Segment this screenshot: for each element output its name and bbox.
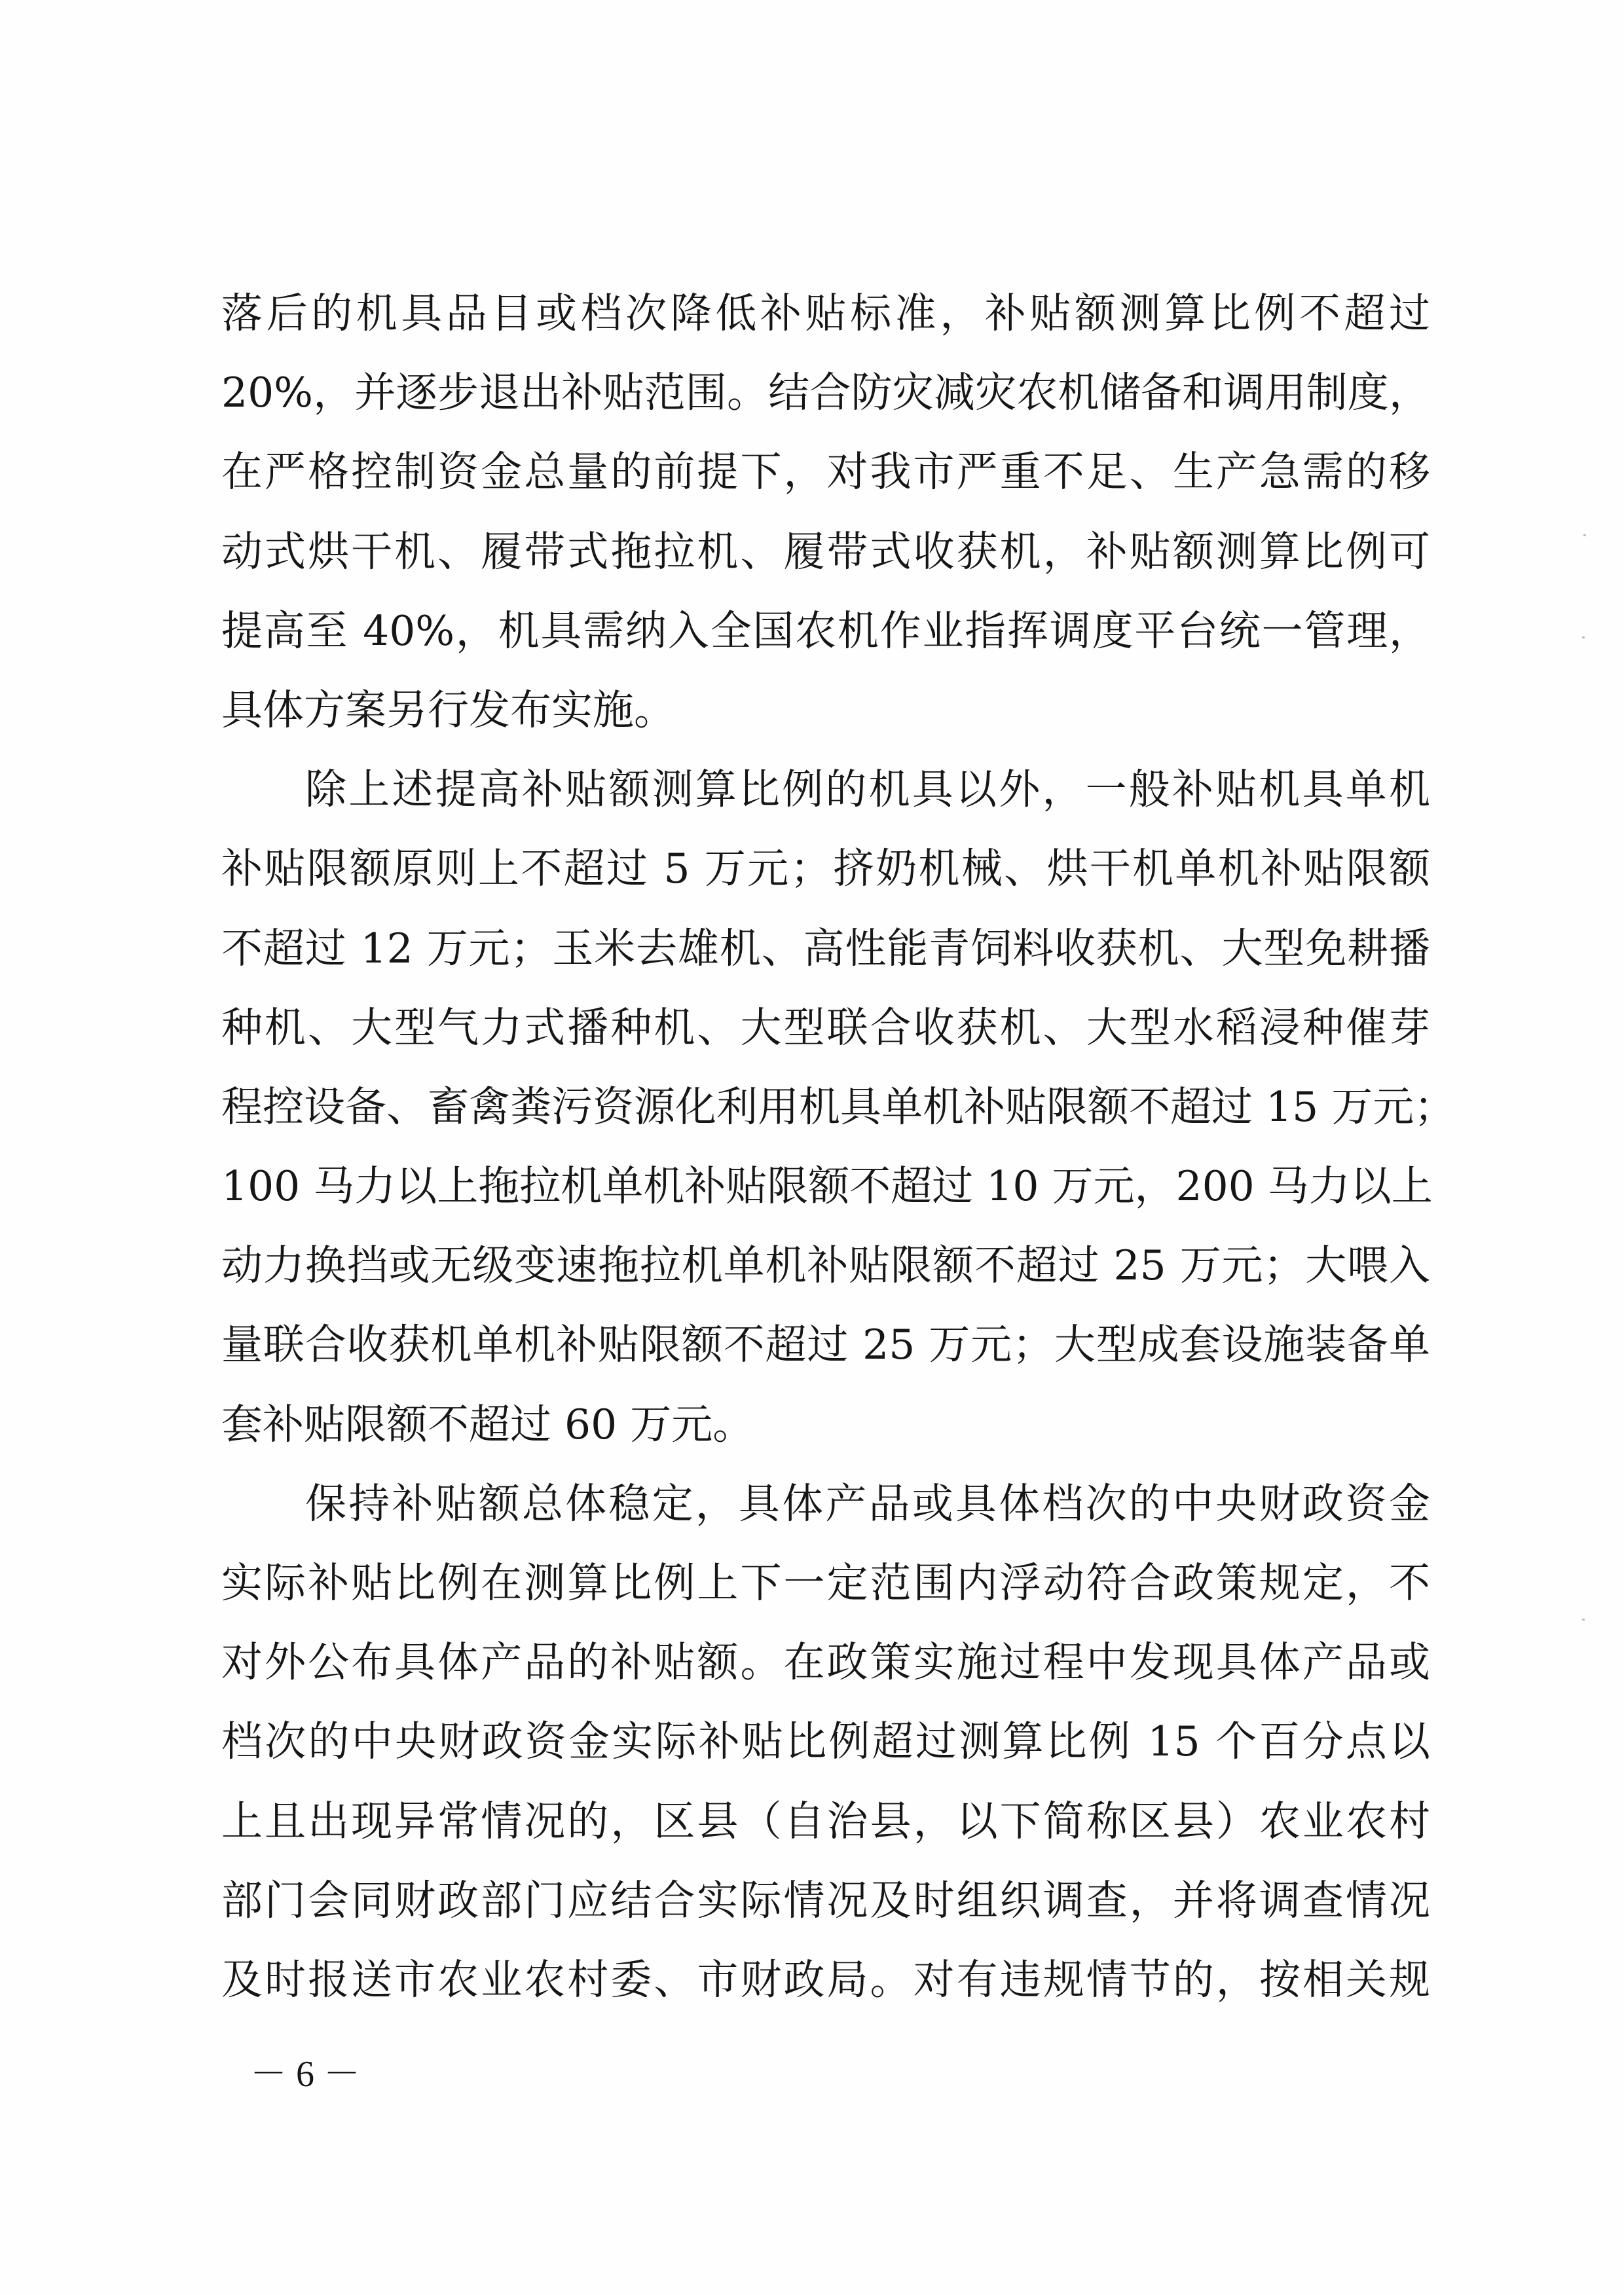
text-line: 补贴限额原则上不超过 5 万元；挤奶机械、烘干机单机补贴限额 <box>221 829 1430 908</box>
document-body: 落后的机具品目或档次降低补贴标准，补贴额测算比例不超过 20%，并逐步退出补贴范… <box>221 274 1430 2019</box>
text-line: 除上述提高补贴额测算比例的机具以外，一般补贴机具单机 <box>221 750 1430 829</box>
text-line: 具体方案另行发布实施。 <box>221 670 1430 750</box>
text-line: 100 马力以上拖拉机单机补贴限额不超过 10 万元，200 马力以上 <box>221 1147 1430 1226</box>
text-line: 保持补贴额总体稳定，具体产品或具体档次的中央财政资金 <box>221 1464 1430 1543</box>
text-line: 提高至 40%，机具需纳入全国农机作业指挥调度平台统一管理， <box>221 591 1430 670</box>
text-line: 不超过 12 万元；玉米去雄机、高性能青饲料收获机、大型免耕播 <box>221 909 1430 988</box>
paragraph-1: 落后的机具品目或档次降低补贴标准，补贴额测算比例不超过 20%，并逐步退出补贴范… <box>221 274 1430 750</box>
scan-speck <box>1582 1619 1585 1621</box>
text-line: 20%，并逐步退出补贴范围。结合防灾减灾农机储备和调用制度， <box>221 353 1430 432</box>
text-line: 及时报送市农业农村委、市财政局。对有违规情节的，按相关规 <box>221 1940 1430 2019</box>
text-line: 落后的机具品目或档次降低补贴标准，补贴额测算比例不超过 <box>221 274 1430 353</box>
text-line: 套补贴限额不超过 60 万元。 <box>221 1385 1430 1464</box>
scan-speck <box>1582 636 1585 638</box>
text-line: 动式烘干机、履带式拖拉机、履带式收获机，补贴额测算比例可 <box>221 512 1430 591</box>
text-line: 部门会同财政部门应结合实际情况及时组织调查，并将调查情况 <box>221 1861 1430 1940</box>
text-line: 档次的中央财政资金实际补贴比例超过测算比例 15 个百分点以 <box>221 1702 1430 1781</box>
text-line: 种机、大型气力式播种机、大型联合收获机、大型水稻浸种催芽 <box>221 988 1430 1067</box>
text-line: 量联合收获机单机补贴限额不超过 25 万元；大型成套设施装备单 <box>221 1305 1430 1384</box>
document-page: 落后的机具品目或档次降低补贴标准，补贴额测算比例不超过 20%，并逐步退出补贴范… <box>0 0 1624 2295</box>
text-line: 实际补贴比例在测算比例上下一定范围内浮动符合政策规定，不 <box>221 1543 1430 1623</box>
text-line: 对外公布具体产品的补贴额。在政策实施过程中发现具体产品或 <box>221 1623 1430 1702</box>
page-number: － 6 － <box>250 2055 360 2094</box>
text-line: 程控设备、畜禽粪污资源化利用机具单机补贴限额不超过 15 万元； <box>221 1067 1430 1147</box>
paragraph-3: 保持补贴额总体稳定，具体产品或具体档次的中央财政资金 实际补贴比例在测算比例上下… <box>221 1464 1430 2019</box>
text-line: 上且出现异常情况的，区县（自治县，以下简称区县）农业农村 <box>221 1782 1430 1861</box>
text-line: 在严格控制资金总量的前提下，对我市严重不足、生产急需的移 <box>221 432 1430 511</box>
scan-speck <box>1583 534 1586 536</box>
paragraph-2: 除上述提高补贴额测算比例的机具以外，一般补贴机具单机 补贴限额原则上不超过 5 … <box>221 750 1430 1464</box>
text-line: 动力换挡或无级变速拖拉机单机补贴限额不超过 25 万元；大喂入 <box>221 1226 1430 1305</box>
